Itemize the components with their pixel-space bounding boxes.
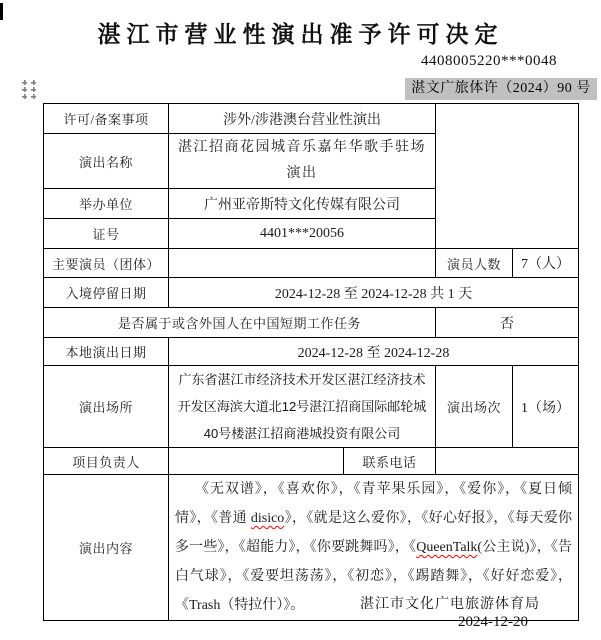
performance-name-label-cell: 演出名称 xyxy=(44,134,169,189)
dot xyxy=(31,87,36,92)
dot xyxy=(22,87,27,92)
performer-count-label-cell: 演员人数 xyxy=(436,249,513,278)
dot xyxy=(31,80,36,85)
license-number: 4408005220***0048 xyxy=(421,53,557,70)
organizer-label-cell: 举办单位 xyxy=(44,189,169,219)
project-manager-label-cell: 项目负责人 xyxy=(44,448,169,475)
main-performers-label-cell: 主要演员（团体） xyxy=(44,249,169,278)
phone-label-cell: 联系电话 xyxy=(344,448,436,475)
foreign-work-question-cell: 是否属于或含外国人在中国短期工作任务 xyxy=(44,308,436,338)
performer-count-value-cell: 7（人） xyxy=(513,249,579,278)
venue-value-cell: 广东省湛江市经济技术开发区湛江经济技术开发区海滨大道北12号湛江招商国际邮轮城4… xyxy=(169,366,436,448)
foreign-work-answer-cell: 否 xyxy=(436,308,579,338)
content-label-cell: 演出内容 xyxy=(44,475,169,621)
dot xyxy=(31,94,36,99)
cert-no-label-cell: 证号 xyxy=(44,219,169,249)
entry-stay-label-cell: 入境停留日期 xyxy=(44,278,169,308)
document-title: 湛江市营业性演出准予许可决定 xyxy=(0,16,601,49)
sessions-label-cell: 演出场次 xyxy=(436,366,513,448)
local-date-value-cell: 2024-12-28 至 2024-12-28 xyxy=(169,338,579,366)
approval-table: 许可/备案事项 涉外/涉港澳台营业性演出 演出名称 湛江招商花园城音乐嘉年华歌手… xyxy=(43,103,579,621)
drag-dots-icon[interactable] xyxy=(22,80,36,99)
permit-item-value-cell: 涉外/涉港澳台营业性演出 xyxy=(169,104,436,134)
phone-value-cell xyxy=(436,448,579,475)
dot xyxy=(22,94,27,99)
venue-label-cell: 演出场所 xyxy=(44,366,169,448)
cert-no-value-cell: 4401***20056 xyxy=(169,219,436,249)
performance-name-value-cell: 湛江招商花园城音乐嘉年华歌手驻场演出 xyxy=(169,134,436,189)
misspelled-word: QueenTalk xyxy=(416,540,477,555)
sessions-value-cell: 1（场） xyxy=(513,366,579,448)
local-date-label-cell: 本地演出日期 xyxy=(44,338,169,366)
document-number-highlight: 湛文广旅体许（2024）90 号 xyxy=(405,78,597,100)
project-manager-value-cell xyxy=(169,448,344,475)
permit-item-label-cell: 许可/备案事项 xyxy=(44,104,169,134)
issue-date: 2024-12-20 xyxy=(458,614,528,631)
entry-stay-value-cell: 2024-12-28 至 2024-12-28 共 1 天 xyxy=(169,278,579,308)
document-page: 湛江市营业性演出准予许可决定 4408005220***0048 湛文广旅体许（… xyxy=(0,0,601,640)
attachment-area-cell xyxy=(436,104,579,249)
dot xyxy=(22,80,27,85)
issuing-authority: 湛江市文化广电旅游体育局 xyxy=(360,593,540,613)
main-performers-value-cell xyxy=(169,249,436,278)
organizer-value-cell: 广州亚帝斯特文化传媒有限公司 xyxy=(169,189,436,219)
misspelled-word: disico xyxy=(251,511,284,526)
